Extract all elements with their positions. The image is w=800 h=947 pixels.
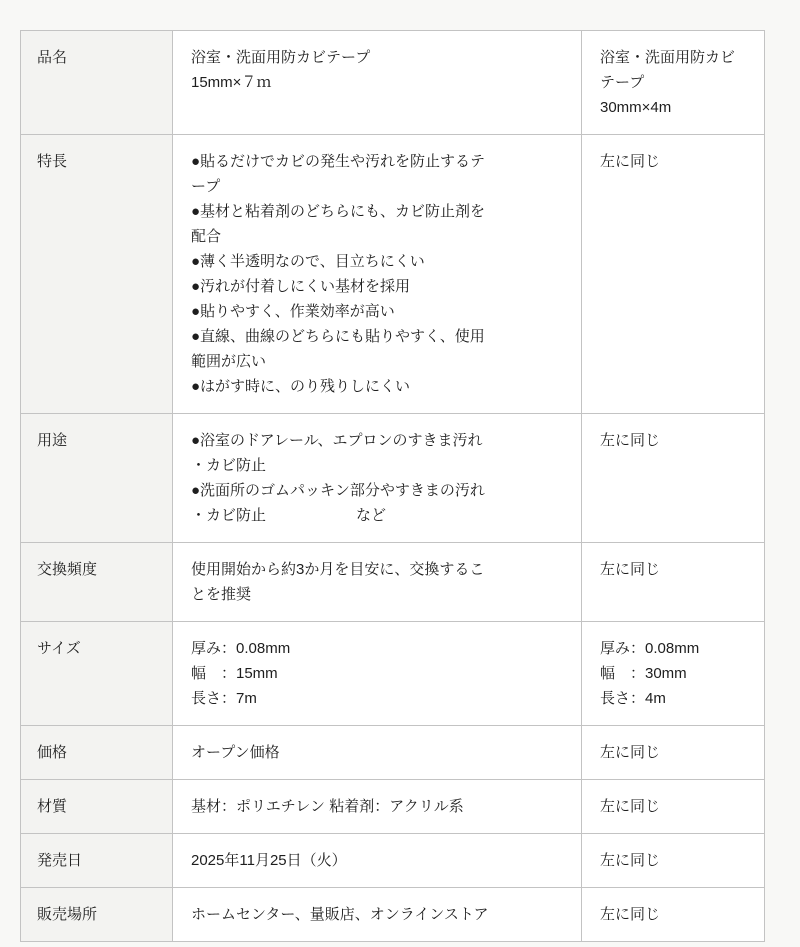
row-label: サイズ xyxy=(21,622,173,726)
cell-line: 厚み：0.08mm xyxy=(600,636,746,661)
cell-line: 左に同じ xyxy=(600,557,746,582)
cell-line: 左に同じ xyxy=(600,149,746,174)
row-label: 品名 xyxy=(21,31,173,135)
spec-cell: オープン価格 xyxy=(173,726,582,780)
cell-line: ・カビ防止 xyxy=(191,453,563,478)
row-label: 価格 xyxy=(21,726,173,780)
cell-line: ・カビ防止 など xyxy=(191,503,563,528)
cell-line: 15mm×７ｍ xyxy=(191,70,563,95)
cell-line: 浴室・洗面用防カビテープ xyxy=(191,45,563,70)
cell-line: オープン価格 xyxy=(191,740,563,765)
row-label: 販売場所 xyxy=(21,888,173,942)
spec-cell: ●貼るだけでカビの発生や汚れを防止するテープ●基材と粘着剤のどちらにも、カビ防止… xyxy=(173,135,582,414)
cell-line: 左に同じ xyxy=(600,848,746,873)
cell-line: 浴室・洗面用防カビテープ xyxy=(600,45,746,95)
spec-cell: ホームセンター、量販店、オンラインストア xyxy=(173,888,582,942)
spec-cell: 基材：ポリエチレン 粘着剤：アクリル系 xyxy=(173,780,582,834)
table-row: 材質基材：ポリエチレン 粘着剤：アクリル系左に同じ xyxy=(21,780,765,834)
cell-line: ●汚れが付着しにくい基材を採用 xyxy=(191,274,563,299)
cell-line: ●はがす時に、のり残りしにくい xyxy=(191,374,563,399)
cell-line: ●貼るだけでカビの発生や汚れを防止するテ xyxy=(191,149,563,174)
cell-line: 左に同じ xyxy=(600,902,746,927)
cell-line: 使用開始から約3か月を目安に、交換するこ xyxy=(191,557,563,582)
cell-line: 配合 xyxy=(191,224,563,249)
cell-line: ホームセンター、量販店、オンラインストア xyxy=(191,902,563,927)
table-row: 特長●貼るだけでカビの発生や汚れを防止するテープ●基材と粘着剤のどちらにも、カビ… xyxy=(21,135,765,414)
spec-cell: 左に同じ xyxy=(582,834,765,888)
spec-cell: 2025年11月25日（火） xyxy=(173,834,582,888)
cell-line: 長さ：4m xyxy=(600,686,746,711)
cell-line: 幅 ：15mm xyxy=(191,661,563,686)
cell-line: 長さ：7m xyxy=(191,686,563,711)
table-row: 価格オープン価格左に同じ xyxy=(21,726,765,780)
table-row: サイズ厚み：0.08mm幅 ：15mm長さ：7m厚み：0.08mm幅 ：30mm… xyxy=(21,622,765,726)
row-label: 材質 xyxy=(21,780,173,834)
spec-cell: 左に同じ xyxy=(582,135,765,414)
cell-line: ープ xyxy=(191,174,563,199)
cell-line: 左に同じ xyxy=(600,428,746,453)
spec-cell: 浴室・洗面用防カビテープ15mm×７ｍ xyxy=(173,31,582,135)
spec-cell: 左に同じ xyxy=(582,543,765,622)
spec-cell: 左に同じ xyxy=(582,888,765,942)
table-row: 用途●浴室のドアレール、エプロンのすきま汚れ・カビ防止●洗面所のゴムパッキン部分… xyxy=(21,414,765,543)
spec-cell: 左に同じ xyxy=(582,726,765,780)
page: 品名浴室・洗面用防カビテープ15mm×７ｍ浴室・洗面用防カビテープ30mm×4m… xyxy=(0,0,800,947)
table-row: 発売日2025年11月25日（火）左に同じ xyxy=(21,834,765,888)
spec-cell: 厚み：0.08mm幅 ：15mm長さ：7m xyxy=(173,622,582,726)
spec-cell: 左に同じ xyxy=(582,780,765,834)
row-label: 交換頻度 xyxy=(21,543,173,622)
table-row: 品名浴室・洗面用防カビテープ15mm×７ｍ浴室・洗面用防カビテープ30mm×4m xyxy=(21,31,765,135)
cell-line: ●洗面所のゴムパッキン部分やすきまの汚れ xyxy=(191,478,563,503)
cell-line: 2025年11月25日（火） xyxy=(191,848,563,873)
spec-table-body: 品名浴室・洗面用防カビテープ15mm×７ｍ浴室・洗面用防カビテープ30mm×4m… xyxy=(21,31,765,942)
cell-line: 左に同じ xyxy=(600,740,746,765)
spec-cell: 厚み：0.08mm幅 ：30mm長さ：4m xyxy=(582,622,765,726)
cell-line: ●直線、曲線のどちらにも貼りやすく、使用 xyxy=(191,324,563,349)
cell-line: ●基材と粘着剤のどちらにも、カビ防止剤を xyxy=(191,199,563,224)
cell-line: ●浴室のドアレール、エプロンのすきま汚れ xyxy=(191,428,563,453)
row-label: 発売日 xyxy=(21,834,173,888)
cell-line: 左に同じ xyxy=(600,794,746,819)
cell-line: ●薄く半透明なので、目立ちにくい xyxy=(191,249,563,274)
row-label: 特長 xyxy=(21,135,173,414)
table-row: 交換頻度使用開始から約3か月を目安に、交換することを推奨左に同じ xyxy=(21,543,765,622)
spec-cell: 使用開始から約3か月を目安に、交換することを推奨 xyxy=(173,543,582,622)
cell-line: 幅 ：30mm xyxy=(600,661,746,686)
cell-line: 厚み：0.08mm xyxy=(191,636,563,661)
cell-line: とを推奨 xyxy=(191,582,563,607)
cell-line: 基材：ポリエチレン 粘着剤：アクリル系 xyxy=(191,794,563,819)
table-row: 販売場所ホームセンター、量販店、オンラインストア左に同じ xyxy=(21,888,765,942)
spec-cell: 浴室・洗面用防カビテープ30mm×4m xyxy=(582,31,765,135)
cell-line: 30mm×4m xyxy=(600,95,746,120)
row-label: 用途 xyxy=(21,414,173,543)
cell-line: 範囲が広い xyxy=(191,349,563,374)
product-spec-table: 品名浴室・洗面用防カビテープ15mm×７ｍ浴室・洗面用防カビテープ30mm×4m… xyxy=(20,30,765,942)
spec-cell: ●浴室のドアレール、エプロンのすきま汚れ・カビ防止●洗面所のゴムパッキン部分やす… xyxy=(173,414,582,543)
cell-line: ●貼りやすく、作業効率が高い xyxy=(191,299,563,324)
spec-cell: 左に同じ xyxy=(582,414,765,543)
